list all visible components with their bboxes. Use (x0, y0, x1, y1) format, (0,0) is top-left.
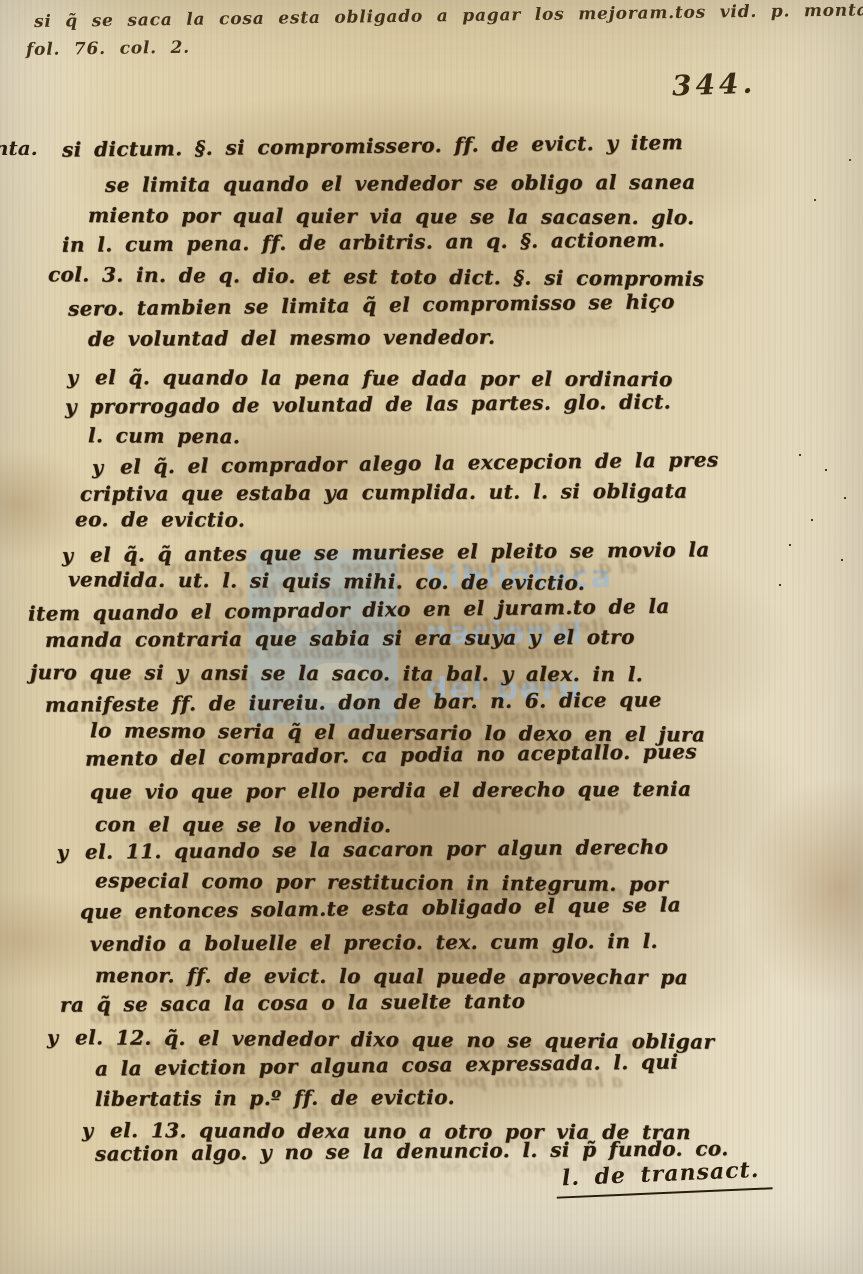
line-text: el q̃. quando la pena fue dada por el or… (95, 365, 673, 391)
manuscript-line: miento por qual quier via que se la saca… (60, 203, 695, 229)
line-text: in l. cum pena. ff. de arbitris. an q. §… (62, 227, 665, 256)
manuscript-line: criptiva que estaba ya cumplida. ut. l. … (52, 479, 688, 506)
manuscript-line: mento del comprador. ca podia no aceptal… (57, 739, 697, 771)
manuscript-line: se limita quando el vendedor se obligo a… (77, 170, 696, 197)
line-text: miento por qual quier via que se la saca… (88, 203, 695, 229)
line-text: el q̃. q̃ antes que se muriese el pleito… (90, 537, 710, 566)
line-text: y prorrogado de voluntad de las partes. … (65, 389, 671, 418)
manuscript-line: yel q̃. quando la pena fue dada por el o… (67, 365, 673, 391)
paragraph-marker: y (82, 1120, 110, 1142)
manuscript-line: l. cum pena. (60, 423, 241, 448)
line-text: si dictum. §. si compromissero. ff. de e… (62, 130, 683, 162)
manuscript-line: a la eviction por alguna cosa expressada… (67, 1050, 679, 1081)
manuscript-line: sero. tambien se limita q̃ el compromiss… (40, 289, 675, 321)
line-text: l. cum pena. (88, 423, 241, 448)
manuscript-line: libertatis in p.º ff. de evictio. (67, 1085, 455, 1111)
line-text: vendio a boluelle el precio. tex. cum gl… (90, 929, 658, 956)
manuscript-line: manda contraria que sabia si era suya y … (17, 625, 635, 652)
line-text: menor. ff. de evict. lo qual puede aprov… (95, 963, 688, 989)
line-text: libertatis in p.º ff. de evictio. (95, 1085, 455, 1111)
line-text: manda contraria que sabia si era suya y … (45, 625, 635, 652)
line-text: con el que se lo vendio. (95, 812, 391, 837)
line-text: el. 11. quando se la sacaron por algun d… (85, 835, 669, 864)
line-text: especial como por restitucion in integru… (95, 868, 668, 896)
line-text: eo. de evictio. (75, 507, 245, 532)
line-text: criptiva que estaba ya cumplida. ut. l. … (80, 479, 688, 506)
line-text: a la eviction por alguna cosa expressada… (95, 1050, 679, 1081)
manuscript-line: vendida. ut. l. si quis mihi. co. de evi… (40, 567, 585, 595)
folio-number: 344. (671, 67, 756, 103)
manuscript-line: y prorrogado de voluntad de las partes. … (37, 389, 671, 419)
manuscript-line: que entonces solam.te esta obligado el q… (52, 892, 681, 924)
line-text: mento del comprador. ca podia no aceptal… (85, 739, 697, 770)
line-text: item quando el comprador dixo en el jura… (28, 594, 670, 626)
paragraph-marker: y (62, 545, 90, 567)
paragraph-marker: y (92, 457, 120, 479)
closing-citation: l. de transact. (555, 1156, 772, 1198)
manuscript-line: yel q̃. el comprador alego la excepcion … (92, 447, 719, 479)
manuscript-line: yel q̃. q̃ antes que se muriese el pleit… (62, 537, 710, 567)
paragraph-marker: y (67, 367, 95, 389)
line-text: ra q̃ se saca la cosa o la suelte tanto (60, 989, 525, 1017)
manuscript-line: in l. cum pena. ff. de arbitris. an q. §… (34, 227, 665, 257)
manuscript-line: juro que si y ansi se la saco. ita bal. … (2, 660, 643, 686)
manuscript-line: con el que se lo vendio. (67, 812, 391, 837)
line-text: que vio que por ello perdia el derecho q… (90, 777, 692, 804)
paragraph-marker: y (47, 1027, 75, 1049)
manuscript-line: menor. ff. de evict. lo qual puede aprov… (67, 963, 688, 989)
header-annotation-line-1: si q̃ se saca la cosa esta obligado a pa… (34, 0, 863, 32)
manuscript-line: col. 3. in. de q. dio. et est toto dict.… (20, 262, 705, 291)
paragraph-marker: y (57, 842, 85, 864)
line-text: manifeste ff. de iureiu. don de bar. n. … (45, 687, 662, 716)
manuscript-line: manifeste ff. de iureiu. don de bar. n. … (17, 687, 662, 717)
line-text: de voluntad del mesmo vendedor. (88, 325, 495, 351)
manuscript-line: eo. de evictio. (47, 507, 245, 532)
manuscript-line: yel. 11. quando se la sacaron por algun … (57, 835, 669, 864)
manuscript-line: si dictum. §. si compromissero. ff. de e… (34, 130, 683, 162)
line-text: vendida. ut. l. si quis mihi. co. de evi… (68, 567, 585, 595)
manuscript-page: biblioteca nacional del perú si dictum. … (0, 0, 863, 1274)
line-text: sero. tambien se limita q̃ el compromiss… (68, 289, 675, 320)
manuscript-line: ra q̃ se saca la cosa o la suelte tanto (32, 989, 525, 1017)
manuscript-line: que vio que por ello perdia el derecho q… (62, 777, 692, 804)
line-text: el q̃. el comprador alego la excepcion d… (120, 447, 719, 478)
line-text: col. 3. in. de q. dio. et est toto dict.… (48, 262, 705, 291)
manuscript-line: item quando el comprador dixo en el jura… (0, 594, 670, 626)
manuscript-line: de voluntad del mesmo vendedor. (60, 325, 495, 351)
manuscript-line: especial como por restitucion in integru… (67, 868, 668, 896)
line-text: que entonces solam.te esta obligado el q… (80, 892, 681, 923)
header-annotation-line-2: fol. 76. col. 2. (26, 38, 190, 60)
line-text: juro que si y ansi se la saco. ita bal. … (30, 660, 643, 686)
manuscript-line: vendio a boluelle el precio. tex. cum gl… (62, 929, 658, 956)
margin-catchword: nta. (0, 136, 38, 160)
line-text: se limita quando el vendedor se obligo a… (105, 170, 696, 197)
